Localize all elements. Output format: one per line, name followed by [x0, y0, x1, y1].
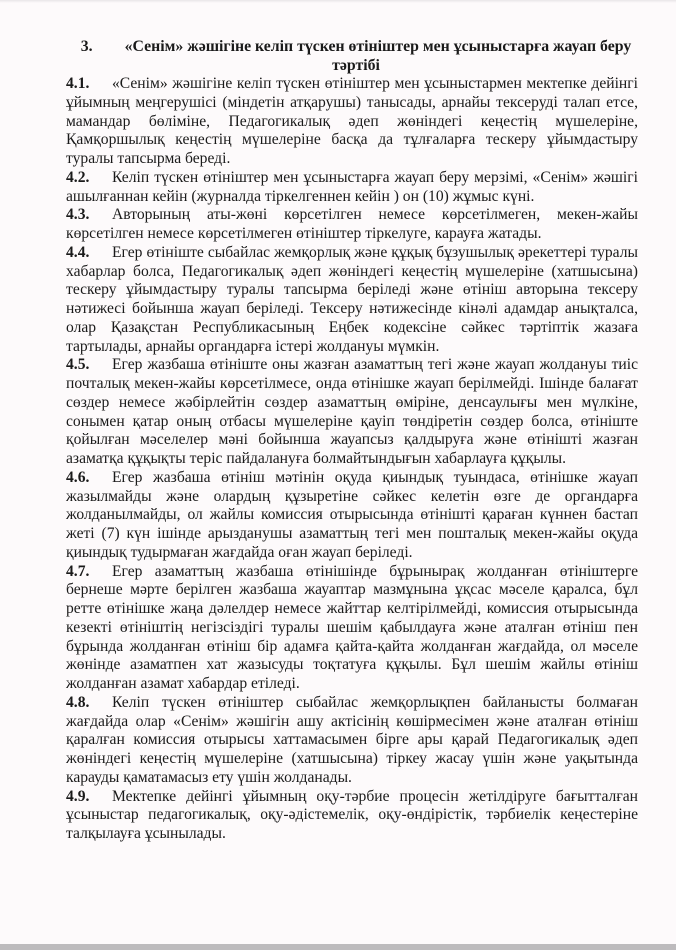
paragraph-4-4: 4.4.Егер өтініште сыбайлас жемқорлық жән… [66, 244, 638, 357]
section-title-text: «Сенім» жәшігіне келіп түскен өтініштер … [125, 38, 632, 55]
paragraph-text: «Сенім» жәшігіне келіп түскен өтініштер … [66, 75, 638, 167]
scan-edge-bottom [0, 944, 676, 950]
paragraph-4-6: 4.6.Егер жазбаша өтініш мәтінін оқуда қи… [66, 469, 638, 563]
paragraph-number: 4.9. [66, 788, 112, 807]
paragraph-number: 4.6. [66, 469, 112, 488]
paragraph-text: Авторының аты-жөні көрсетілген немесе кө… [66, 206, 638, 242]
paragraph-number: 4.5. [66, 356, 112, 375]
paragraph-number: 4.4. [66, 244, 112, 263]
paragraph-4-5: 4.5.Егер жазбаша өтініште оны жазған аза… [66, 356, 638, 469]
paragraph-4-9: 4.9.Мектепке дейінгі ұйымның оқу-тәрбие … [66, 788, 638, 844]
paragraph-text: Келіп түскен өтініштер мен ұсыныстарға ж… [66, 169, 638, 205]
section-title-line2: тәртібі [74, 56, 638, 75]
section-heading: 3.«Сенім» жәшігіне келіп түскен өтініште… [66, 37, 638, 75]
paragraph-number: 4.7. [66, 563, 112, 582]
paragraph-4-8: 4.8.Келіп түскен өтініштер сыбайлас жемқ… [66, 694, 638, 788]
paragraph-text: Егер өтініште сыбайлас жемқорлық және құ… [66, 244, 638, 355]
paragraph-number: 4.1. [66, 75, 112, 94]
paragraph-4-1: 4.1.«Сенім» жәшігіне келіп түскен өтініш… [66, 75, 638, 169]
paragraph-number: 4.3. [66, 206, 112, 225]
paragraph-text: Егер жазбаша өтініште оны жазған азаматт… [66, 356, 638, 467]
section-number: 3. [81, 37, 93, 56]
document-page: 3.«Сенім» жәшігіне келіп түскен өтініште… [66, 37, 638, 844]
paragraph-4-3: 4.3.Авторының аты-жөні көрсетілген немес… [66, 206, 638, 244]
scan-edge-top [0, 0, 676, 3]
paragraph-text: Келіп түскен өтініштер сыбайлас жемқорлы… [66, 694, 638, 786]
paragraph-4-7: 4.7.Егер азаматтың жазбаша өтінішінде бұ… [66, 563, 638, 694]
paragraph-number: 4.8. [66, 694, 112, 713]
paragraph-text: Егер жазбаша өтініш мәтінін оқуда қиынды… [66, 469, 638, 561]
paragraph-4-2: 4.2.Келіп түскен өтініштер мен ұсыныстар… [66, 169, 638, 207]
paragraph-number: 4.2. [66, 169, 112, 188]
paragraph-text: Мектепке дейінгі ұйымның оқу-тәрбие проц… [66, 788, 638, 843]
section-title-line1: 3.«Сенім» жәшігіне келіп түскен өтініште… [74, 37, 638, 56]
paragraph-text: Егер азаматтың жазбаша өтінішінде бұрыны… [66, 563, 638, 693]
